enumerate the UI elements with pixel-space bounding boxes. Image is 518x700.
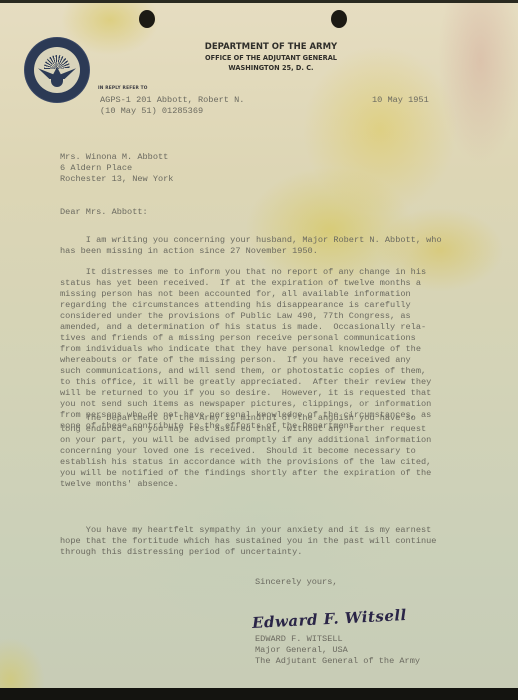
signer-name: EDWARD F. WITSELL xyxy=(255,634,343,644)
reference-line-1: AGPS-1 201 Abbott, Robert N. xyxy=(100,95,244,106)
body-paragraph-1: I am writing you concerning your husband… xyxy=(60,235,442,257)
reference-line-2: (10 May 51) 01285369 xyxy=(100,106,203,117)
signature-block: EDWARD F. WITSELL Major General, USA The… xyxy=(255,634,420,667)
salutation: Dear Mrs. Abbott: xyxy=(60,207,148,218)
letter-page: DEPARTMENT OF THE ARMY OFFICE OF THE ADJ… xyxy=(0,0,518,688)
letterhead-address: WASHINGTON 25, D. C. xyxy=(12,64,518,72)
body-paragraph-2: It distresses me to inform you that no r… xyxy=(60,267,431,432)
body-paragraph-3: The Department of the Army is mindful of… xyxy=(60,413,431,490)
recipient-address: Mrs. Winona M. Abbott 6 Aldern Place Roc… xyxy=(60,152,173,185)
signer-title: The Adjutant General of the Army xyxy=(255,656,420,666)
letterhead-department: DEPARTMENT OF THE ARMY xyxy=(12,42,518,52)
reply-refer-label: IN REPLY REFER TO xyxy=(98,86,148,91)
body-paragraph-4: You have my heartfelt sympathy in your a… xyxy=(60,525,436,558)
letterhead-office: OFFICE OF THE ADJUTANT GENERAL xyxy=(12,54,518,62)
punch-hole xyxy=(331,10,347,28)
scan-edge-bottom xyxy=(0,688,518,700)
scan-edge-top xyxy=(0,0,518,3)
letter-date: 10 May 1951 xyxy=(372,95,429,106)
handwritten-signature: Edward F. Witsell xyxy=(252,606,408,632)
closing: Sincerely yours, xyxy=(255,577,338,588)
signer-rank: Major General, USA xyxy=(255,645,348,655)
punch-hole xyxy=(139,10,155,28)
